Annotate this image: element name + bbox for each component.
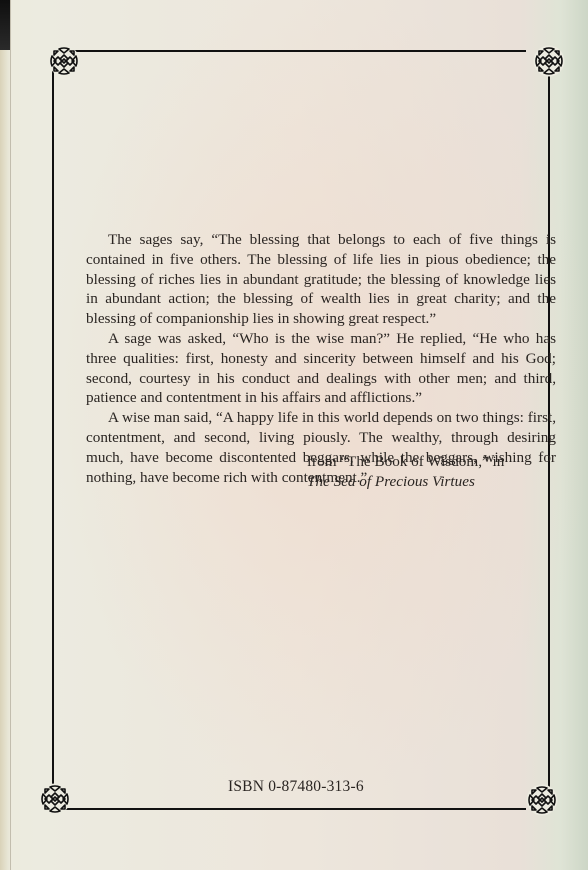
corner-ornament-icon [38,782,72,816]
frame-border-bottom [66,808,526,810]
isbn: ISBN 0-87480-313-6 [228,778,364,796]
quotation-text: The sages say, “The blessing that belong… [86,230,556,487]
source-title: The Sea of Precious Virtues [307,472,504,492]
attribution-line: from “The Book of Wisdom,” in [307,452,504,472]
paragraph-sages: The sages say, “The blessing that belong… [86,230,556,329]
corner-ornament-icon [532,44,566,78]
paragraph-wise-man-asked: A sage was asked, “Who is the wise man?”… [86,329,556,408]
attribution: from “The Book of Wisdom,” in The Sea of… [307,452,504,492]
frame-border-left [52,66,54,794]
spine-edge [10,0,11,870]
corner-ornament-icon [525,783,559,817]
corner-ornament-icon [47,44,81,78]
frame-border-top [66,50,526,52]
book-back-cover: The sages say, “The blessing that belong… [0,0,588,870]
